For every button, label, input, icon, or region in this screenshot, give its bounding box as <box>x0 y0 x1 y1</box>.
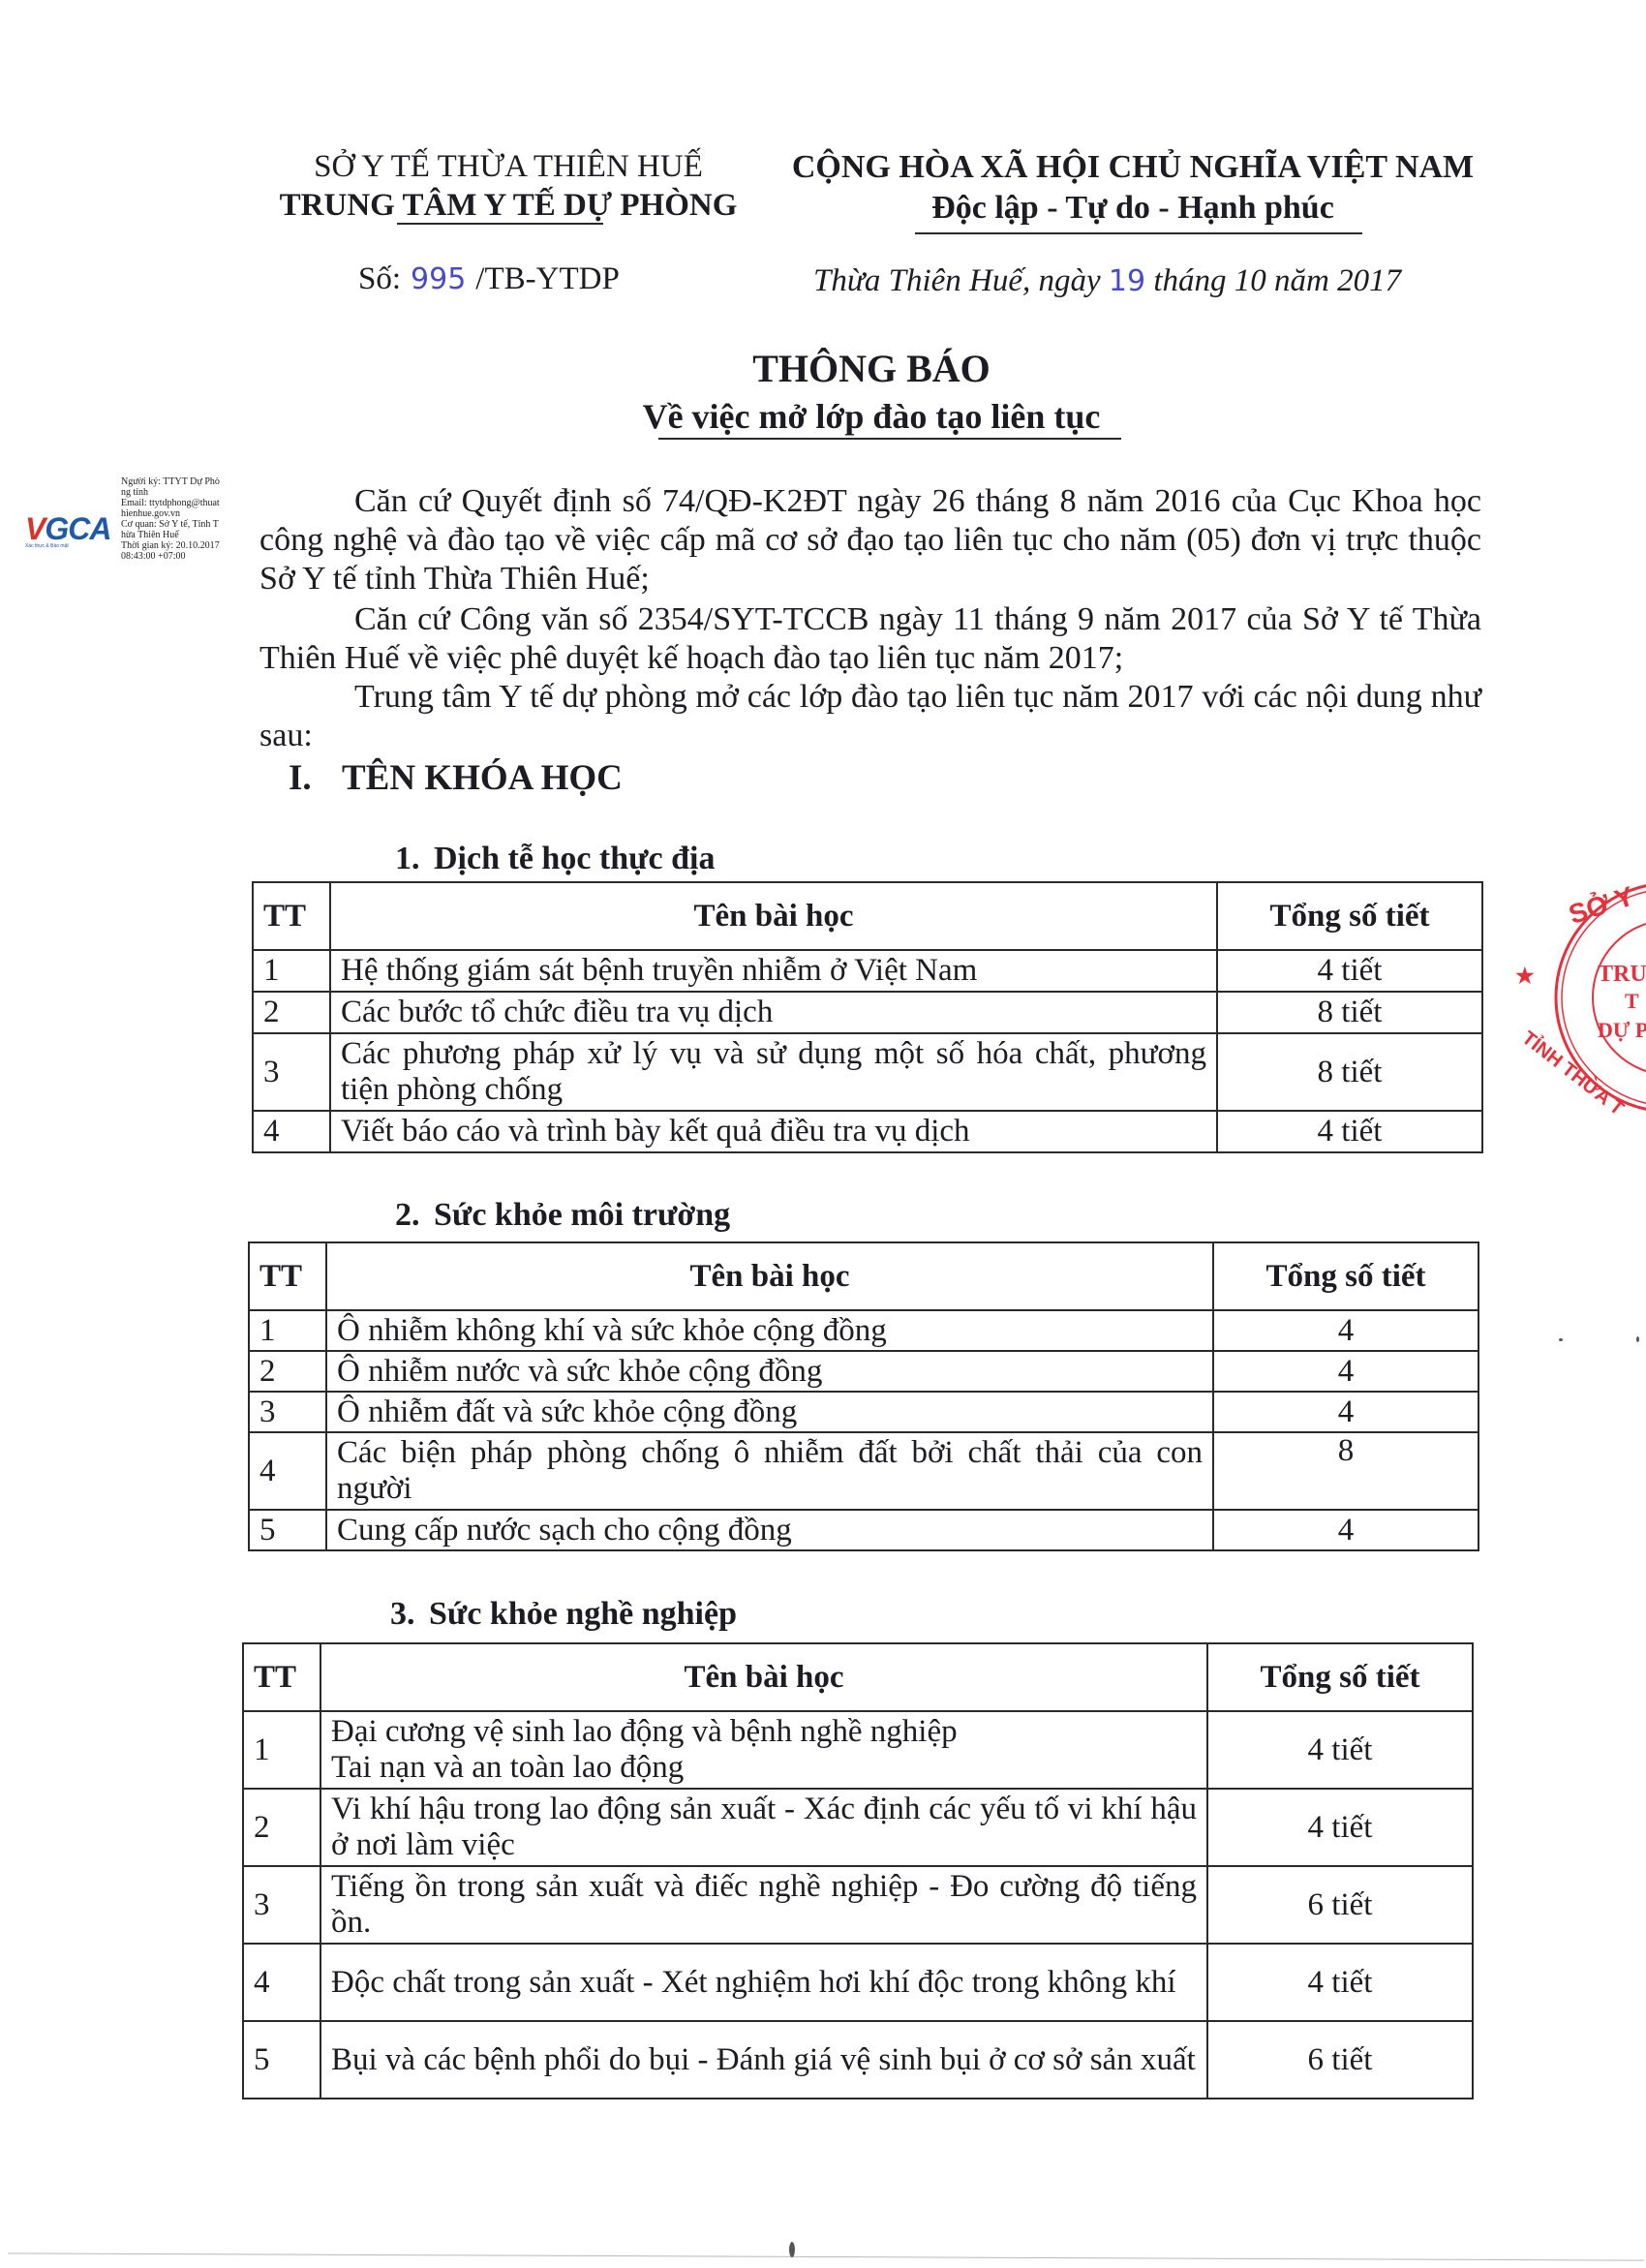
table-row: 4 Viết báo cáo và trình bày kết quả điều… <box>253 1111 1482 1152</box>
date-prefix: Thừa Thiên Huế, ngày <box>813 263 1101 298</box>
scan-speck <box>1559 1338 1563 1341</box>
stamp-top-text: SỞ Y <box>1565 879 1637 930</box>
table-row: 2 Ô nhiễm nước và sức khỏe cộng đồng 4 <box>249 1351 1478 1392</box>
national-header-block: CỘNG HÒA XÃ HỘI CHỦ NGHĨA VIỆT NAM Độc l… <box>775 147 1491 229</box>
column-header-hours: Tổng số tiết <box>1217 882 1482 950</box>
table-row: 5 Bụi và các bệnh phổi do bụi - Đánh giá… <box>243 2021 1473 2099</box>
stamp-center-line2: T <box>1625 989 1639 1013</box>
table-row: 5 Cung cấp nước sạch cho cộng đồng 4 <box>249 1510 1478 1550</box>
agency-underline <box>397 223 603 225</box>
column-header-lesson: Tên bài học <box>330 882 1217 950</box>
course-table-1: TT Tên bài học Tổng số tiết 1 Hệ thống g… <box>252 881 1483 1153</box>
stamp-center-line1: TRUNG <box>1598 962 1646 987</box>
document-title: THÔNG BÁO <box>484 347 1259 391</box>
column-header-hours: Tổng số tiết <box>1213 1242 1478 1310</box>
column-header-tt: TT <box>249 1242 326 1310</box>
unit-name: TRUNG TÂM Y TẾ DỰ PHÒNG <box>261 186 755 225</box>
national-motto: Độc lập - Tự do - Hạnh phúc <box>775 188 1491 229</box>
document-date: Thừa Thiên Huế, ngày 19 tháng 10 năm 201… <box>813 263 1401 299</box>
nation-name: CỘNG HÒA XÃ HỘI CHỦ NGHĨA VIỆT NAM <box>775 147 1491 188</box>
table-row: 3 Ô nhiễm đất và sức khỏe cộng đồng 4 <box>249 1392 1478 1432</box>
agency-name: SỞ Y TẾ THỪA THIÊN HUẾ <box>261 147 755 186</box>
table-row: 1 Hệ thống giám sát bệnh truyền nhiễm ở … <box>253 950 1482 992</box>
stamp-star-icon: ★ <box>1515 964 1535 988</box>
digital-signature-logo: VGCA Xác thực & Bảo mật <box>25 511 118 554</box>
table-row: 2 Vi khí hậu trong lao động sản xuất - X… <box>243 1789 1473 1866</box>
scan-speck <box>789 2242 795 2257</box>
subject-underline <box>658 438 1121 440</box>
document-number: Số:995/TB-YTDP <box>358 261 620 297</box>
signer: Người ký: TTYT Dự Phòng tỉnh <box>121 476 223 498</box>
table-row: 2 Các bước tổ chức điều tra vụ dịch 8 ti… <box>253 992 1482 1033</box>
document-subject: Về việc mở lớp đào tạo liên tục <box>484 395 1259 438</box>
stamp-center-line3: DỰ PH <box>1598 1018 1646 1042</box>
scan-speck <box>1636 1336 1639 1342</box>
logo-mark-b: GCA <box>45 511 110 546</box>
course-table-3: TT Tên bài học Tổng số tiết 1 Đại cương … <box>242 1642 1474 2099</box>
course-heading-2: 2.Sức khỏe môi trường <box>395 1197 730 1234</box>
table-row: 1 Ô nhiễm không khí và sức khỏe cộng đồn… <box>249 1310 1478 1351</box>
scan-edge-line <box>8 2253 1644 2260</box>
paragraph-announcement: Trung tâm Y tế dự phòng mở các lớp đào t… <box>259 678 1481 755</box>
paragraph-legal-basis-1: Căn cứ Quyết định số 74/QĐ-K2ĐT ngày 26 … <box>259 482 1481 598</box>
date-suffix: tháng 10 năm 2017 <box>1153 263 1401 298</box>
issuing-agency-block: SỞ Y TẾ THỪA THIÊN HUẾ TRUNG TÂM Y TẾ DỰ… <box>261 147 755 225</box>
column-header-tt: TT <box>243 1643 320 1711</box>
signer-organization: Cơ quan: Sở Y tế, Tỉnh Thừa Thiên Huế <box>121 519 223 540</box>
doc-number-prefix: Số: <box>358 261 401 296</box>
logo-mark-a: V <box>25 511 45 546</box>
paragraph-legal-basis-2: Căn cứ Công văn số 2354/SYT-TCCB ngày 11… <box>259 600 1481 678</box>
section-heading: I.TÊN KHÓA HỌC <box>289 757 623 799</box>
doc-number-handwritten: 995 <box>411 262 466 296</box>
table-row: 4 Độc chất trong sản xuất - Xét nghiệm h… <box>243 1944 1473 2021</box>
doc-number-suffix: /TB-YTDP <box>475 261 620 296</box>
digital-signature-info: Người ký: TTYT Dự Phòng tỉnh Email: ttyt… <box>121 476 223 562</box>
date-day-handwritten: 19 <box>1109 264 1145 298</box>
column-header-tt: TT <box>253 882 330 950</box>
column-header-lesson: Tên bài học <box>320 1643 1207 1711</box>
signing-time: Thời gian ký: 20.10.2017 08:43:00 +07:00 <box>121 540 223 562</box>
table-row: 3 Tiếng ồn trong sản xuất và điếc nghề n… <box>243 1866 1473 1944</box>
motto-underline <box>915 232 1362 234</box>
table-row: 3 Các phương pháp xử lý vụ và sử dụng mộ… <box>253 1033 1482 1111</box>
column-header-hours: Tổng số tiết <box>1207 1643 1473 1711</box>
course-table-2: TT Tên bài học Tổng số tiết 1 Ô nhiễm kh… <box>248 1241 1479 1551</box>
table-row: 1 Đại cương vệ sinh lao động và bệnh ngh… <box>243 1711 1473 1789</box>
table-row: 4 Các biện pháp phòng chống ô nhiễm đất … <box>249 1432 1478 1510</box>
course-heading-3: 3.Sức khỏe nghề nghiệp <box>390 1596 737 1633</box>
column-header-lesson: Tên bài học <box>326 1242 1213 1310</box>
course-heading-1: 1.Dịch tễ học thực địa <box>395 841 716 877</box>
signer-email: Email: ttytdphong@thuathienhue.gov.vn <box>121 498 223 519</box>
official-red-stamp: SỞ Y ★ TRUNG T DỰ PH TỈNH THỪA T <box>1501 876 1646 1119</box>
